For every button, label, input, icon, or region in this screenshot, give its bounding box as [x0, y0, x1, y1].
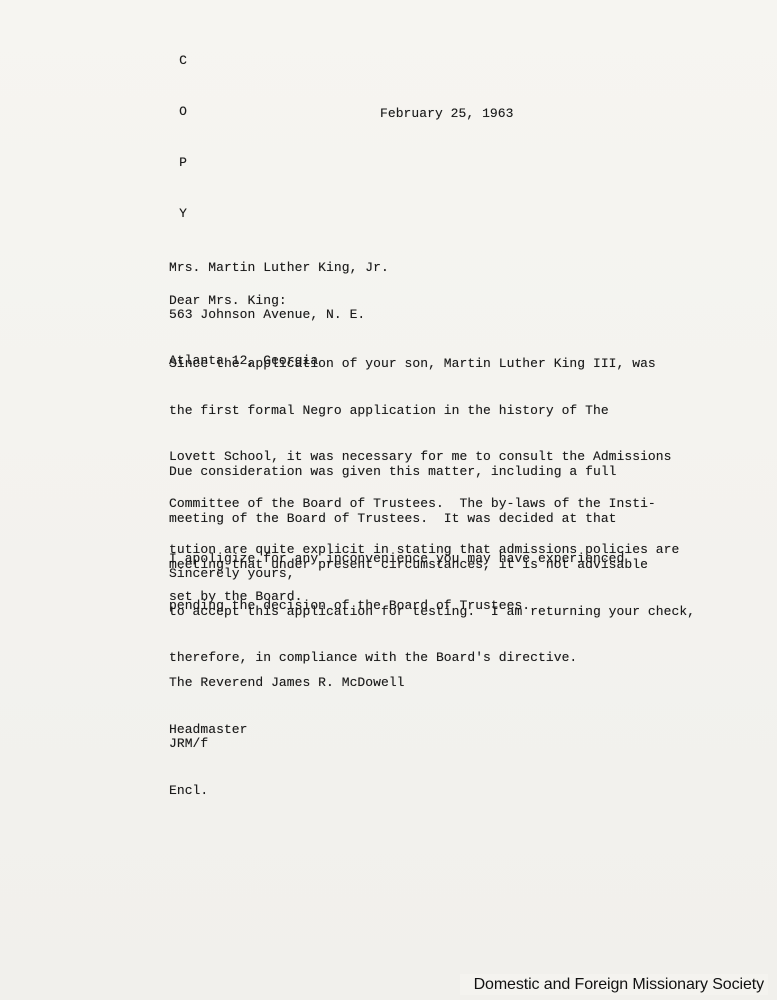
copy-stamp: C O P Y [176, 18, 190, 256]
letter-date: February 25, 1963 [380, 106, 513, 122]
salutation: Dear Mrs. King: [169, 293, 287, 309]
address-line: Mrs. Martin Luther King, Jr. [169, 260, 389, 276]
letter-page: C O P Y February 25, 1963 Mrs. Martin Lu… [0, 0, 777, 1000]
source-credit: Domestic and Foreign Missionary Society [460, 974, 768, 995]
paragraph-line: the first formal Negro application in th… [169, 403, 679, 419]
signatory-name: The Reverend James R. McDowell [169, 675, 405, 691]
closing: Sincerely yours, [169, 566, 295, 582]
address-line: 563 Johnson Avenue, N. E. [169, 307, 389, 323]
paragraph-3: I apoligize for any inconvenience you ma… [169, 520, 624, 644]
paragraph-line: I apoligize for any inconvenience you ma… [169, 551, 624, 567]
reference-initials: JRM/f [169, 736, 208, 752]
copy-stamp-letter: Y [176, 205, 190, 222]
copy-stamp-letter: P [176, 154, 190, 171]
copy-stamp-letter: C [176, 52, 190, 69]
reference-block: JRM/f Encl. [169, 705, 208, 829]
copy-stamp-letter: O [176, 103, 190, 120]
enclosure-note: Encl. [169, 783, 208, 799]
paragraph-line: Due consideration was given this matter,… [169, 464, 695, 480]
paragraph-line: Since the application of your son, Marti… [169, 356, 679, 372]
paragraph-line: pending the decision of the Board of Tru… [169, 598, 624, 614]
